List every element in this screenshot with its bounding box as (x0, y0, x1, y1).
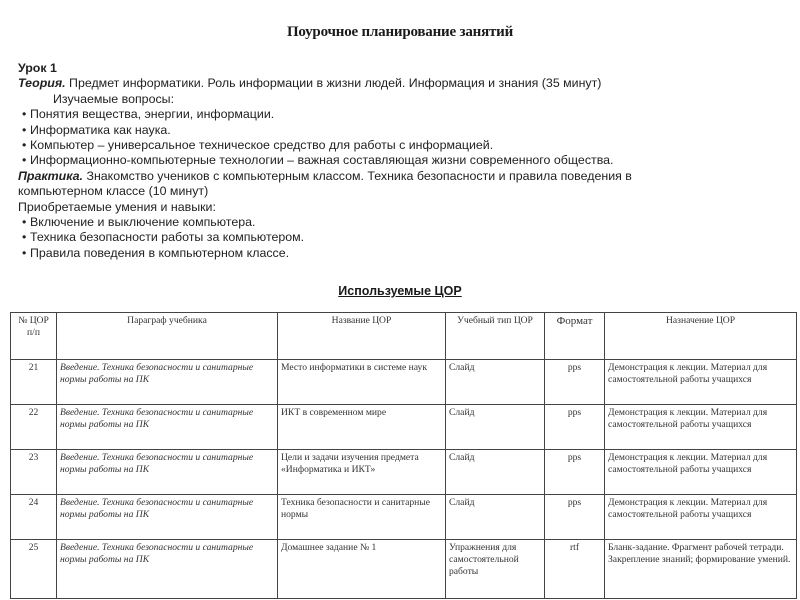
cell-num: 23 (11, 450, 57, 495)
cell-paragraph: Введение. Техника безопасности и санитар… (57, 495, 278, 540)
cell-name: ИКТ в современном мире (278, 405, 446, 450)
cell-type: Слайд (446, 450, 545, 495)
cell-name: Техника безопасности и санитарные нормы (278, 495, 446, 540)
table-row: 23 Введение. Техника безопасности и сани… (11, 450, 797, 495)
skill-item: •Техника безопасности работы за компьюте… (18, 230, 788, 245)
header-num: № ЦОР п/п (11, 313, 57, 360)
practice-label: Практика. (18, 169, 83, 183)
cell-format: pps (545, 450, 605, 495)
cell-type: Слайд (446, 495, 545, 540)
cor-table: № ЦОР п/п Параграф учебника Название ЦОР… (10, 312, 797, 599)
lesson-heading: Урок 1 (18, 61, 788, 76)
bullet-icon: • (22, 230, 30, 245)
cell-format: pps (545, 360, 605, 405)
header-format: Формат (545, 313, 605, 360)
bullet-icon: • (22, 153, 30, 168)
cell-name: Место информатики в системе наук (278, 360, 446, 405)
questions-label: Изучаемые вопросы: (18, 92, 788, 107)
bullet-icon: • (22, 123, 30, 138)
theory-line: Теория. Предмет информатики. Роль информ… (18, 76, 788, 91)
cell-type: Упражнения для самостоятельной работы (446, 540, 545, 599)
cell-paragraph: Введение. Техника безопасности и санитар… (57, 405, 278, 450)
question-item: •Информационно-компьютерные технологии –… (18, 153, 788, 168)
lesson-block: Урок 1 Теория. Предмет информатики. Роль… (18, 61, 788, 261)
cell-num: 25 (11, 540, 57, 599)
table-header-row: № ЦОР п/п Параграф учебника Название ЦОР… (11, 313, 797, 360)
cell-type: Слайд (446, 405, 545, 450)
cor-section-title: Используемые ЦОР (0, 284, 800, 298)
bullet-icon: • (22, 215, 30, 230)
cell-num: 22 (11, 405, 57, 450)
document-title: Поурочное планирование занятий (0, 24, 800, 41)
header-purpose: Назначение ЦОР (605, 313, 797, 360)
practice-line: Практика. Знакомство учеников с компьюте… (18, 169, 788, 184)
question-item: •Компьютер – универсальное техническое с… (18, 138, 788, 153)
cell-name: Домашнее задание № 1 (278, 540, 446, 599)
table-row: 22 Введение. Техника безопасности и сани… (11, 405, 797, 450)
table-row: 21 Введение. Техника безопасности и сани… (11, 360, 797, 405)
cell-name: Цели и задачи изучения предмета «Информа… (278, 450, 446, 495)
skill-item: •Включение и выключение компьютера. (18, 215, 788, 230)
practice-text-cont: компьютерном классе (10 минут) (18, 184, 788, 199)
question-item: •Информатика как наука. (18, 123, 788, 138)
bullet-icon: • (22, 246, 30, 261)
cell-purpose: Демонстрация к лекции. Материал для само… (605, 450, 797, 495)
header-type: Учебный тип ЦОР (446, 313, 545, 360)
table-row: 24 Введение. Техника безопасности и сани… (11, 495, 797, 540)
cell-format: rtf (545, 540, 605, 599)
cell-num: 21 (11, 360, 57, 405)
bullet-icon: • (22, 107, 30, 122)
theory-text: Предмет информатики. Роль информации в ж… (66, 76, 602, 90)
cell-format: pps (545, 495, 605, 540)
cell-paragraph: Введение. Техника безопасности и санитар… (57, 360, 278, 405)
theory-label: Теория. (18, 76, 66, 90)
header-paragraph: Параграф учебника (57, 313, 278, 360)
question-item: •Понятия вещества, энергии, информации. (18, 107, 788, 122)
cell-format: pps (545, 405, 605, 450)
bullet-icon: • (22, 138, 30, 153)
cell-paragraph: Введение. Техника безопасности и санитар… (57, 540, 278, 599)
table-row: 25 Введение. Техника безопасности и сани… (11, 540, 797, 599)
header-name: Название ЦОР (278, 313, 446, 360)
cell-purpose: Демонстрация к лекции. Материал для само… (605, 405, 797, 450)
cell-num: 24 (11, 495, 57, 540)
cell-paragraph: Введение. Техника безопасности и санитар… (57, 450, 278, 495)
cell-purpose: Демонстрация к лекции. Материал для само… (605, 495, 797, 540)
skill-item: •Правила поведения в компьютерном классе… (18, 246, 788, 261)
practice-text: Знакомство учеников с компьютерным класс… (83, 169, 632, 183)
cell-purpose: Бланк-задание. Фрагмент рабочей тетради.… (605, 540, 797, 599)
cell-type: Слайд (446, 360, 545, 405)
cell-purpose: Демонстрация к лекции. Материал для само… (605, 360, 797, 405)
skills-label: Приобретаемые умения и навыки: (18, 200, 788, 215)
